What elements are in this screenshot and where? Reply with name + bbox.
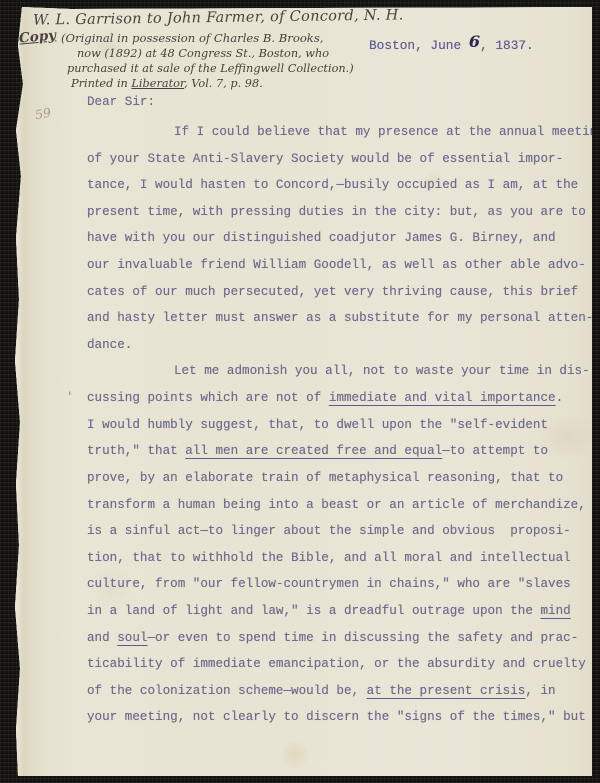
line-text: transform a human being into a beast or … [87,498,586,512]
annotation-provenance-line: now (1892) at 48 Congress St., Boston, w… [77,47,329,60]
line-text: in a land of light and law," is a dreadf… [87,604,540,618]
printed-in-pre: Printed in [71,77,131,90]
line-text: ticability of immediate emancipation, or… [87,657,586,671]
line-text: truth," that [87,444,185,458]
dateline-post: , 1837. [480,38,534,53]
line-text: of the colonization scheme—would be, [87,684,367,698]
line-text: —or even to spend time in discussing the… [147,631,578,645]
line-text: tance, I would hasten to Concord,—busily… [87,178,578,192]
underlined-phrase: all men are created free and equal [185,444,442,458]
line-text: cates of our much persecuted, yet very t… [87,285,578,299]
annotation-printed-in: Printed in Liberator, Vol. 7, p. 98. [71,77,263,90]
letter-line: present time, with pressing duties in th… [87,199,600,226]
letter-line: have with you our distinguished coadjuto… [87,225,600,252]
letter-line: dance. [87,332,600,359]
underlined-phrase: at the present crisis [367,684,526,698]
annotation-headline: W. L. Garrison to John Farmer, of Concor… [33,7,404,28]
letter-line: tion, that to withhold the Bible, and al… [87,545,600,572]
printed-in-title: Liberator [131,77,184,90]
letter-line: culture, from "our fellow-countrymen in … [87,571,600,598]
line-text: cussing points which are not of [87,391,329,405]
line-text: culture, from "our fellow-countrymen in … [87,577,571,591]
line-text: and hasty letter must answer as a substi… [87,311,593,325]
annotation-provenance-line: (Original in possession of Charles B. Br… [61,31,323,45]
annotation-copy-label: Copy [18,27,56,46]
letter-line: and soul—or even to spend time in discus… [87,625,600,652]
letter-page: W. L. Garrison to John Farmer, of Concor… [13,7,592,776]
letter-line: If I could believe that my presence at t… [87,119,600,146]
letter-line: of the colonization scheme—would be, at … [87,678,600,705]
underlined-phrase: immediate and vital importance [329,391,556,405]
letter-line: transform a human being into a beast or … [87,492,600,519]
line-text: is a sinful act—to linger about the simp… [87,524,571,538]
photo-background: W. L. Garrison to John Farmer, of Concor… [0,0,600,783]
letter-line: tance, I would hasten to Concord,—busily… [87,172,600,199]
line-text: I would humbly suggest, that, to dwell u… [87,418,548,432]
printed-in-post: , Vol. 7, p. 98. [184,77,263,90]
letter-line: and hasty letter must answer as a substi… [87,305,600,332]
letter-line: of your State Anti-Slavery Society would… [87,146,600,173]
line-text: have with you our distinguished coadjuto… [87,231,556,245]
line-text: our invaluable friend William Goodell, a… [87,258,586,272]
margin-page-number: 59 [34,105,52,123]
line-text: . [556,391,564,405]
letter-line: ticability of immediate emancipation, or… [87,651,600,678]
line-text: present time, with pressing duties in th… [87,205,586,219]
line-text: Let me admonish you all, not to waste yo… [174,364,590,378]
letter-line: our invaluable friend William Goodell, a… [87,252,600,279]
letter-line: truth," that all men are created free an… [87,438,600,465]
line-text: your meeting, not clearly to discern the… [87,710,586,724]
salutation: Dear Sir: [87,95,155,109]
underlined-phrase: mind [540,604,570,618]
letter-line: Let me admonish you all, not to waste yo… [87,358,600,385]
line-text: —to attempt to [442,444,548,458]
line-text: , in [525,684,555,698]
letter-line: in a land of light and law," is a dreadf… [87,598,600,625]
letter-line: is a sinful act—to linger about the simp… [87,518,600,545]
line-text: and [87,631,117,645]
margin-tick-mark: ' [68,390,72,405]
line-text: If I could believe that my presence at t… [174,125,600,139]
dateline-pre: Boston, June [369,38,469,53]
letter-line: prove, by an elaborate train of metaphys… [87,465,600,492]
dateline: Boston, June 6, 1837. [369,34,534,53]
line-text: tion, that to withhold the Bible, and al… [87,551,571,565]
annotation-provenance-line: purchased it at sale of the Leffingwell … [67,62,354,75]
letter-line: your meeting, not clearly to discern the… [87,704,600,731]
letter-line: cussing points which are not of immediat… [87,385,600,412]
letter-line: cates of our much persecuted, yet very t… [87,279,600,306]
dateline-day-inked: 6 [469,32,480,51]
line-text: prove, by an elaborate train of metaphys… [87,471,563,485]
line-text: of your State Anti-Slavery Society would… [87,152,563,166]
letter-line: I would humbly suggest, that, to dwell u… [87,412,600,439]
letter-body: If I could believe that my presence at t… [87,119,600,731]
underlined-phrase: soul [117,631,147,645]
line-text: dance. [87,338,132,352]
